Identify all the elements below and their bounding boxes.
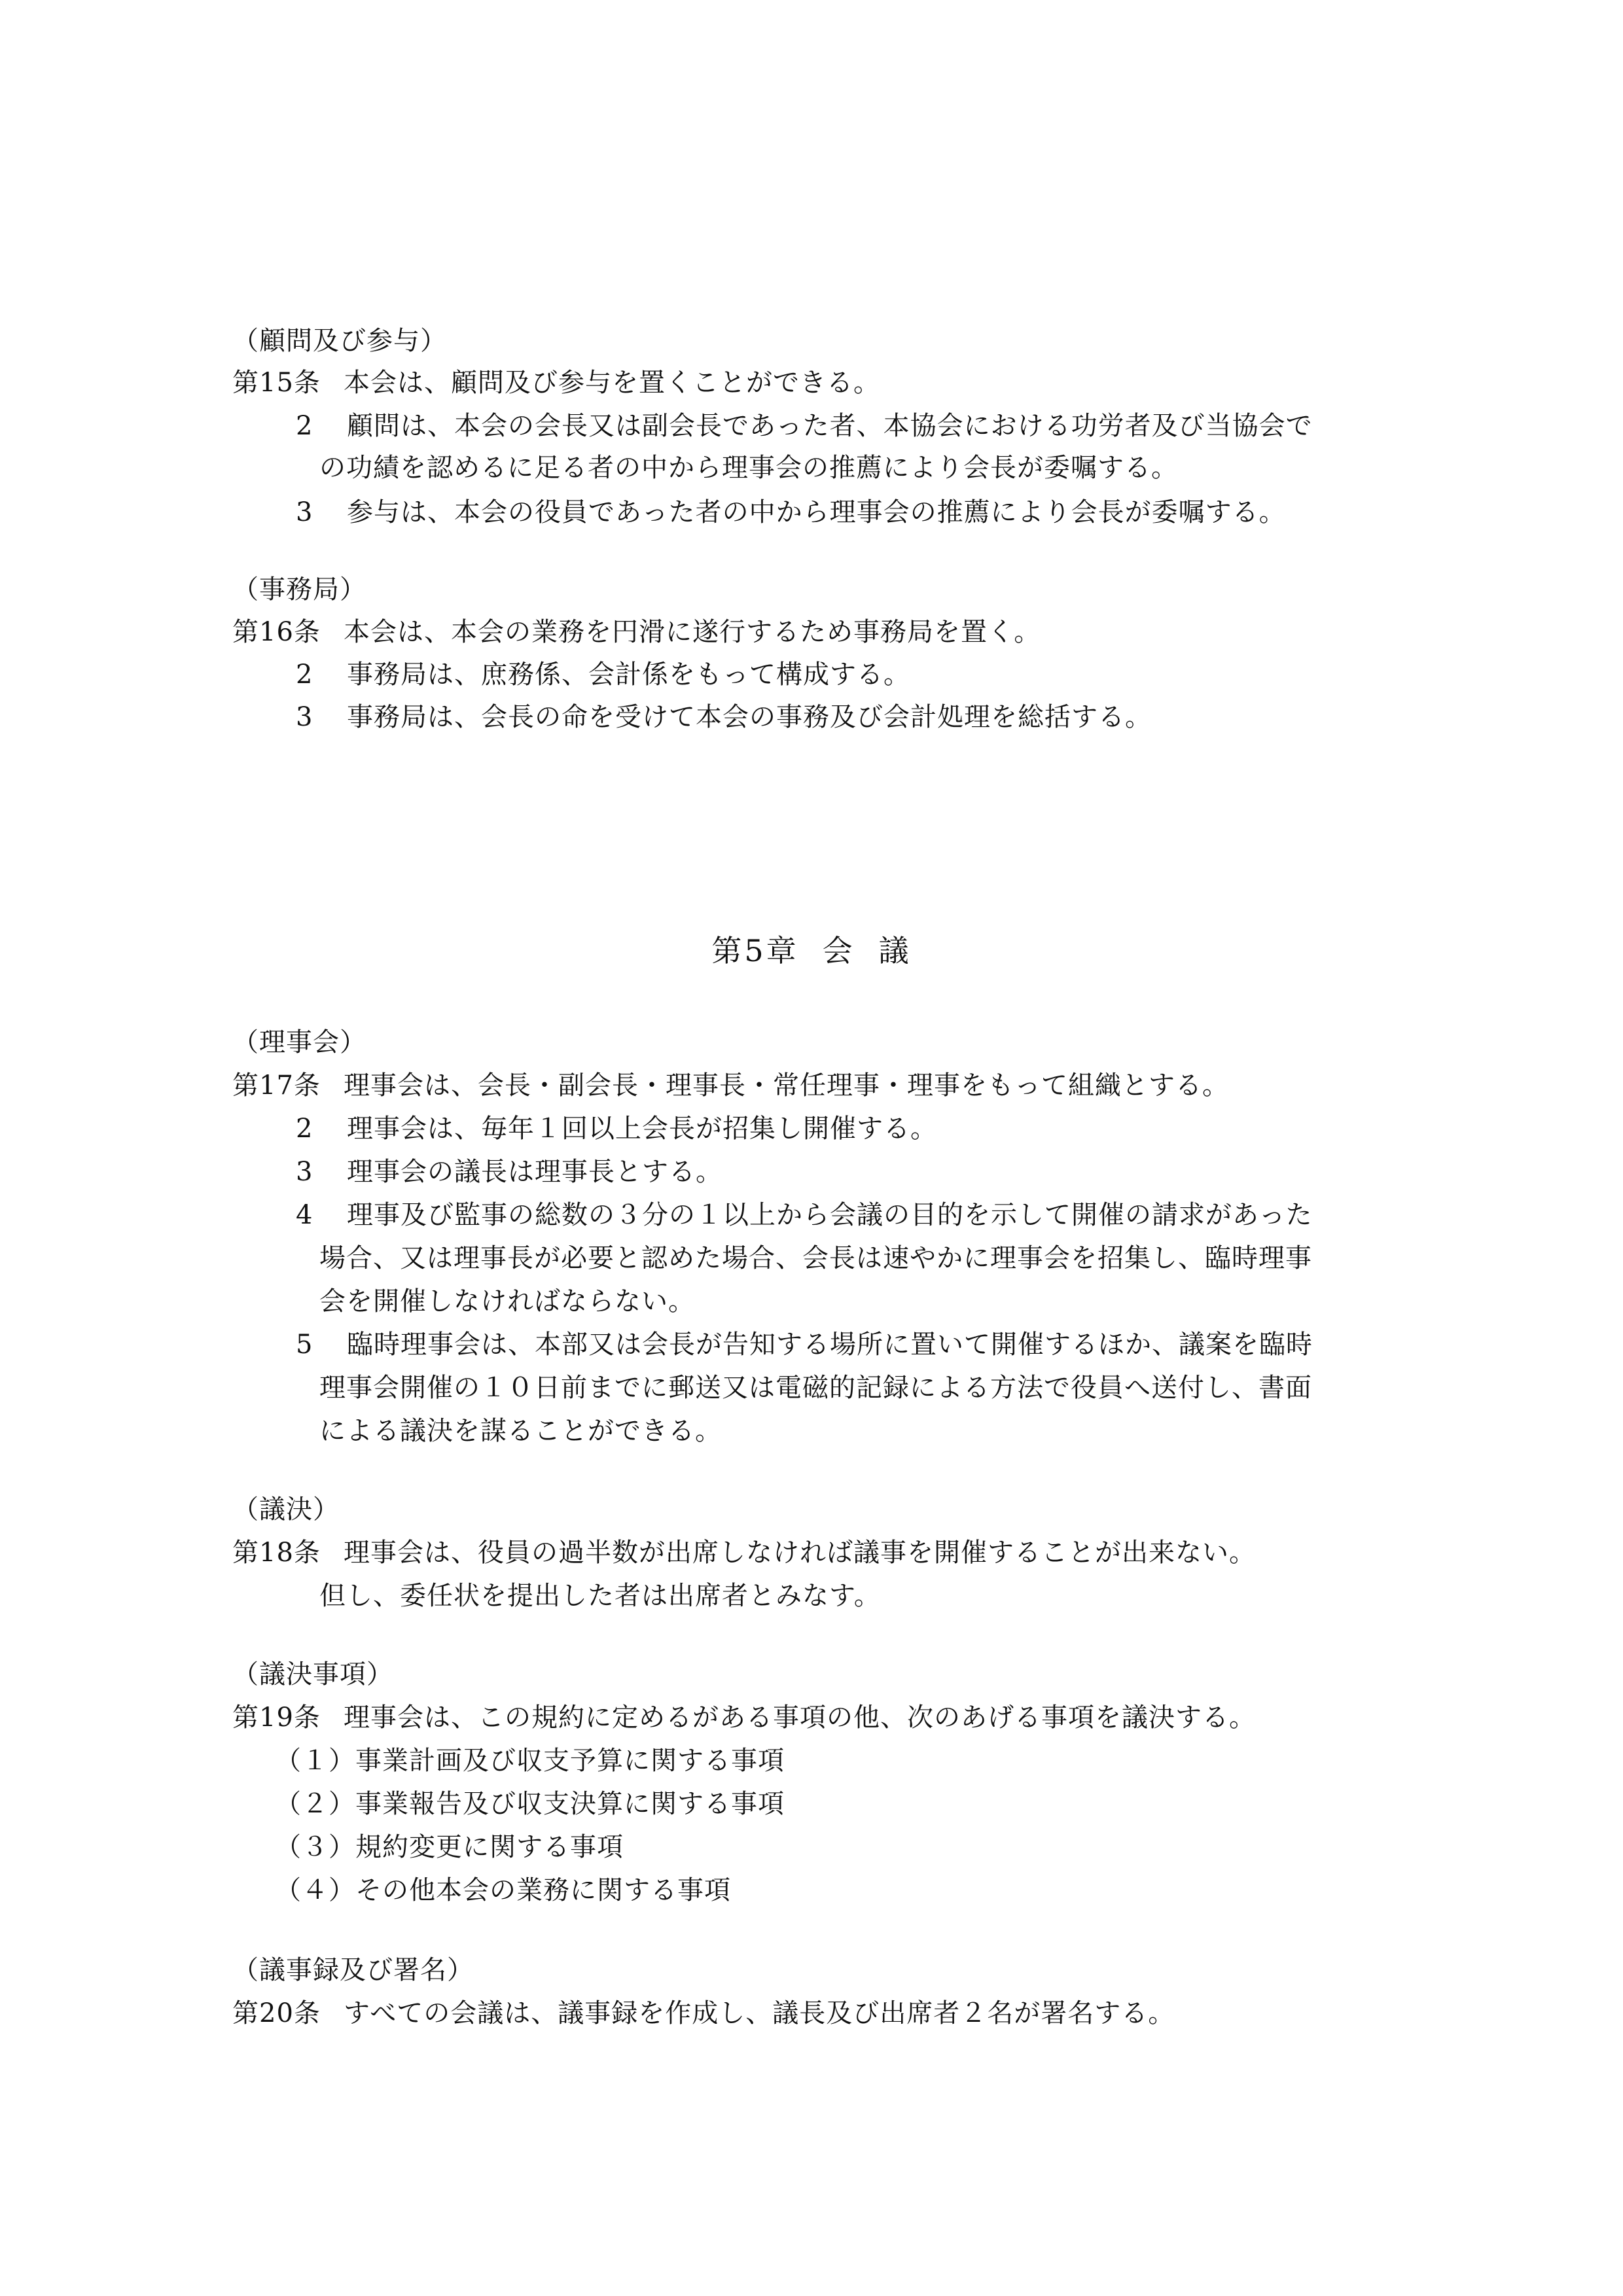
article-19-item-4: （４）その他本会の業務に関する事項 (275, 1869, 731, 1912)
article-20-heading: （議事録及び署名） (232, 1949, 474, 1992)
article-19: 第19条理事会は、この規約に定めるがある事項の他、次のあげる事項を議決する。 (232, 1696, 1256, 1739)
paragraph-number: 3 (296, 491, 347, 534)
article-17-paragraph-4: 4理事及び監事の総数の３分の１以上から会議の目的を示して開催の請求があった (296, 1193, 1313, 1237)
paragraph-number: 3 (296, 696, 347, 739)
article-15: 第15条本会は、顧問及び参与を置くことができる。 (232, 361, 880, 404)
paragraph-continuation: 会を開催しなければならない。 (319, 1280, 695, 1323)
paragraph-continuation: による議決を謀ることができる。 (319, 1409, 722, 1453)
article-18-proviso: 但し、委任状を提出した者は出席者とみなす。 (319, 1574, 881, 1617)
article-19-heading: （議決事項） (232, 1653, 393, 1696)
paragraph-text: 顧問は、本会の会長又は副会長であった者、本協会における功労者及び当協会で (347, 411, 1313, 441)
article-16-paragraph-2: 2事務局は、庶務係、会計係をもって構成する。 (296, 653, 910, 696)
article-19-item-2: （２）事業報告及び収支決算に関する事項 (275, 1782, 785, 1826)
paragraph-text: 事務局は、庶務係、会計係をもって構成する。 (347, 660, 910, 690)
article-text: 理事会は、この規約に定めるがある事項の他、次のあげる事項を議決する。 (344, 1703, 1256, 1733)
paragraph-number: 4 (296, 1193, 347, 1237)
chapter-title: 第5章会議 (0, 928, 1623, 974)
article-number: 第19条 (232, 1696, 344, 1739)
article-17-paragraph-3: 3理事会の議長は理事長とする。 (296, 1150, 722, 1193)
article-17-paragraph-2: 2理事会は、毎年１回以上会長が招集し開催する。 (296, 1107, 937, 1150)
article-18: 第18条理事会は、役員の過半数が出席しなければ議事を開催することが出来ない。 (232, 1531, 1256, 1574)
paragraph-continuation: 理事会開催の１０日前までに郵送又は電磁的記録による方法で役員へ送付し、書面 (319, 1366, 1312, 1409)
article-number: 第17条 (232, 1064, 344, 1107)
article-text: すべての会議は、議事録を作成し、議長及び出席者２名が署名する。 (344, 1998, 1175, 2028)
article-17-paragraph-5: 5臨時理事会は、本部又は会長が告知する場所に置いて開催するほか、議案を臨時 (296, 1323, 1313, 1366)
chapter-title-char: 会 (823, 933, 855, 968)
article-number: 第15条 (232, 361, 344, 404)
paragraph-text: 理事及び監事の総数の３分の１以上から会議の目的を示して開催の請求があった (347, 1200, 1313, 1230)
article-19-item-3: （３）規約変更に関する事項 (275, 1826, 624, 1869)
article-15-paragraph-3: 3参与は、本会の役員であった者の中から理事会の推薦により会長が委嘱する。 (296, 491, 1286, 534)
paragraph-continuation: の功績を認めるに足る者の中から理事会の推薦により会長が委嘱する。 (319, 446, 1178, 489)
chapter-title-char: 議 (879, 933, 912, 968)
paragraph-text: 理事会の議長は理事長とする。 (347, 1157, 722, 1187)
article-number: 第16条 (232, 610, 344, 654)
article-text: 理事会は、役員の過半数が出席しなければ議事を開催することが出来ない。 (344, 1538, 1256, 1568)
article-18-heading: （議決） (232, 1488, 340, 1531)
paragraph-number: 2 (296, 404, 347, 448)
paragraph-continuation: 場合、又は理事長が必要と認めた場合、会長は速やかに理事会を招集し、臨時理事 (319, 1237, 1312, 1280)
article-number: 第20条 (232, 1992, 344, 2035)
document-page: （顧問及び参与） 第15条本会は、顧問及び参与を置くことができる。 2顧問は、本… (0, 0, 1623, 2296)
article-15-heading: （顧問及び参与） (232, 319, 447, 362)
article-text: 理事会は、会長・副会長・理事長・常任理事・理事をもって組織とする。 (344, 1070, 1229, 1101)
paragraph-number: 2 (296, 1107, 347, 1150)
article-15-paragraph-2: 2顧問は、本会の会長又は副会長であった者、本協会における功労者及び当協会で (296, 404, 1313, 448)
paragraph-number: 2 (296, 653, 347, 696)
article-16-paragraph-3: 3事務局は、会長の命を受けて本会の事務及び会計処理を総括する。 (296, 696, 1152, 739)
paragraph-text: 理事会は、毎年１回以上会長が招集し開催する。 (347, 1114, 937, 1144)
article-text: 本会は、顧問及び参与を置くことができる。 (344, 368, 880, 398)
paragraph-text: 臨時理事会は、本部又は会長が告知する場所に置いて開催するほか、議案を臨時 (347, 1330, 1313, 1360)
chapter-number: 第5章 (711, 933, 798, 968)
article-number: 第18条 (232, 1531, 344, 1574)
article-17: 第17条理事会は、会長・副会長・理事長・常任理事・理事をもって組織とする。 (232, 1064, 1229, 1107)
article-19-item-1: （１）事業計画及び収支予算に関する事項 (275, 1739, 785, 1782)
article-text: 本会は、本会の業務を円滑に遂行するため事務局を置く。 (344, 617, 1041, 647)
article-17-heading: （理事会） (232, 1021, 366, 1064)
paragraph-number: 5 (296, 1323, 347, 1366)
paragraph-number: 3 (296, 1150, 347, 1193)
article-20: 第20条すべての会議は、議事録を作成し、議長及び出席者２名が署名する。 (232, 1992, 1175, 2035)
paragraph-text: 事務局は、会長の命を受けて本会の事務及び会計処理を総括する。 (347, 702, 1152, 732)
article-16-heading: （事務局） (232, 568, 366, 611)
paragraph-text: 参与は、本会の役員であった者の中から理事会の推薦により会長が委嘱する。 (347, 497, 1286, 527)
article-16: 第16条本会は、本会の業務を円滑に遂行するため事務局を置く。 (232, 610, 1041, 654)
